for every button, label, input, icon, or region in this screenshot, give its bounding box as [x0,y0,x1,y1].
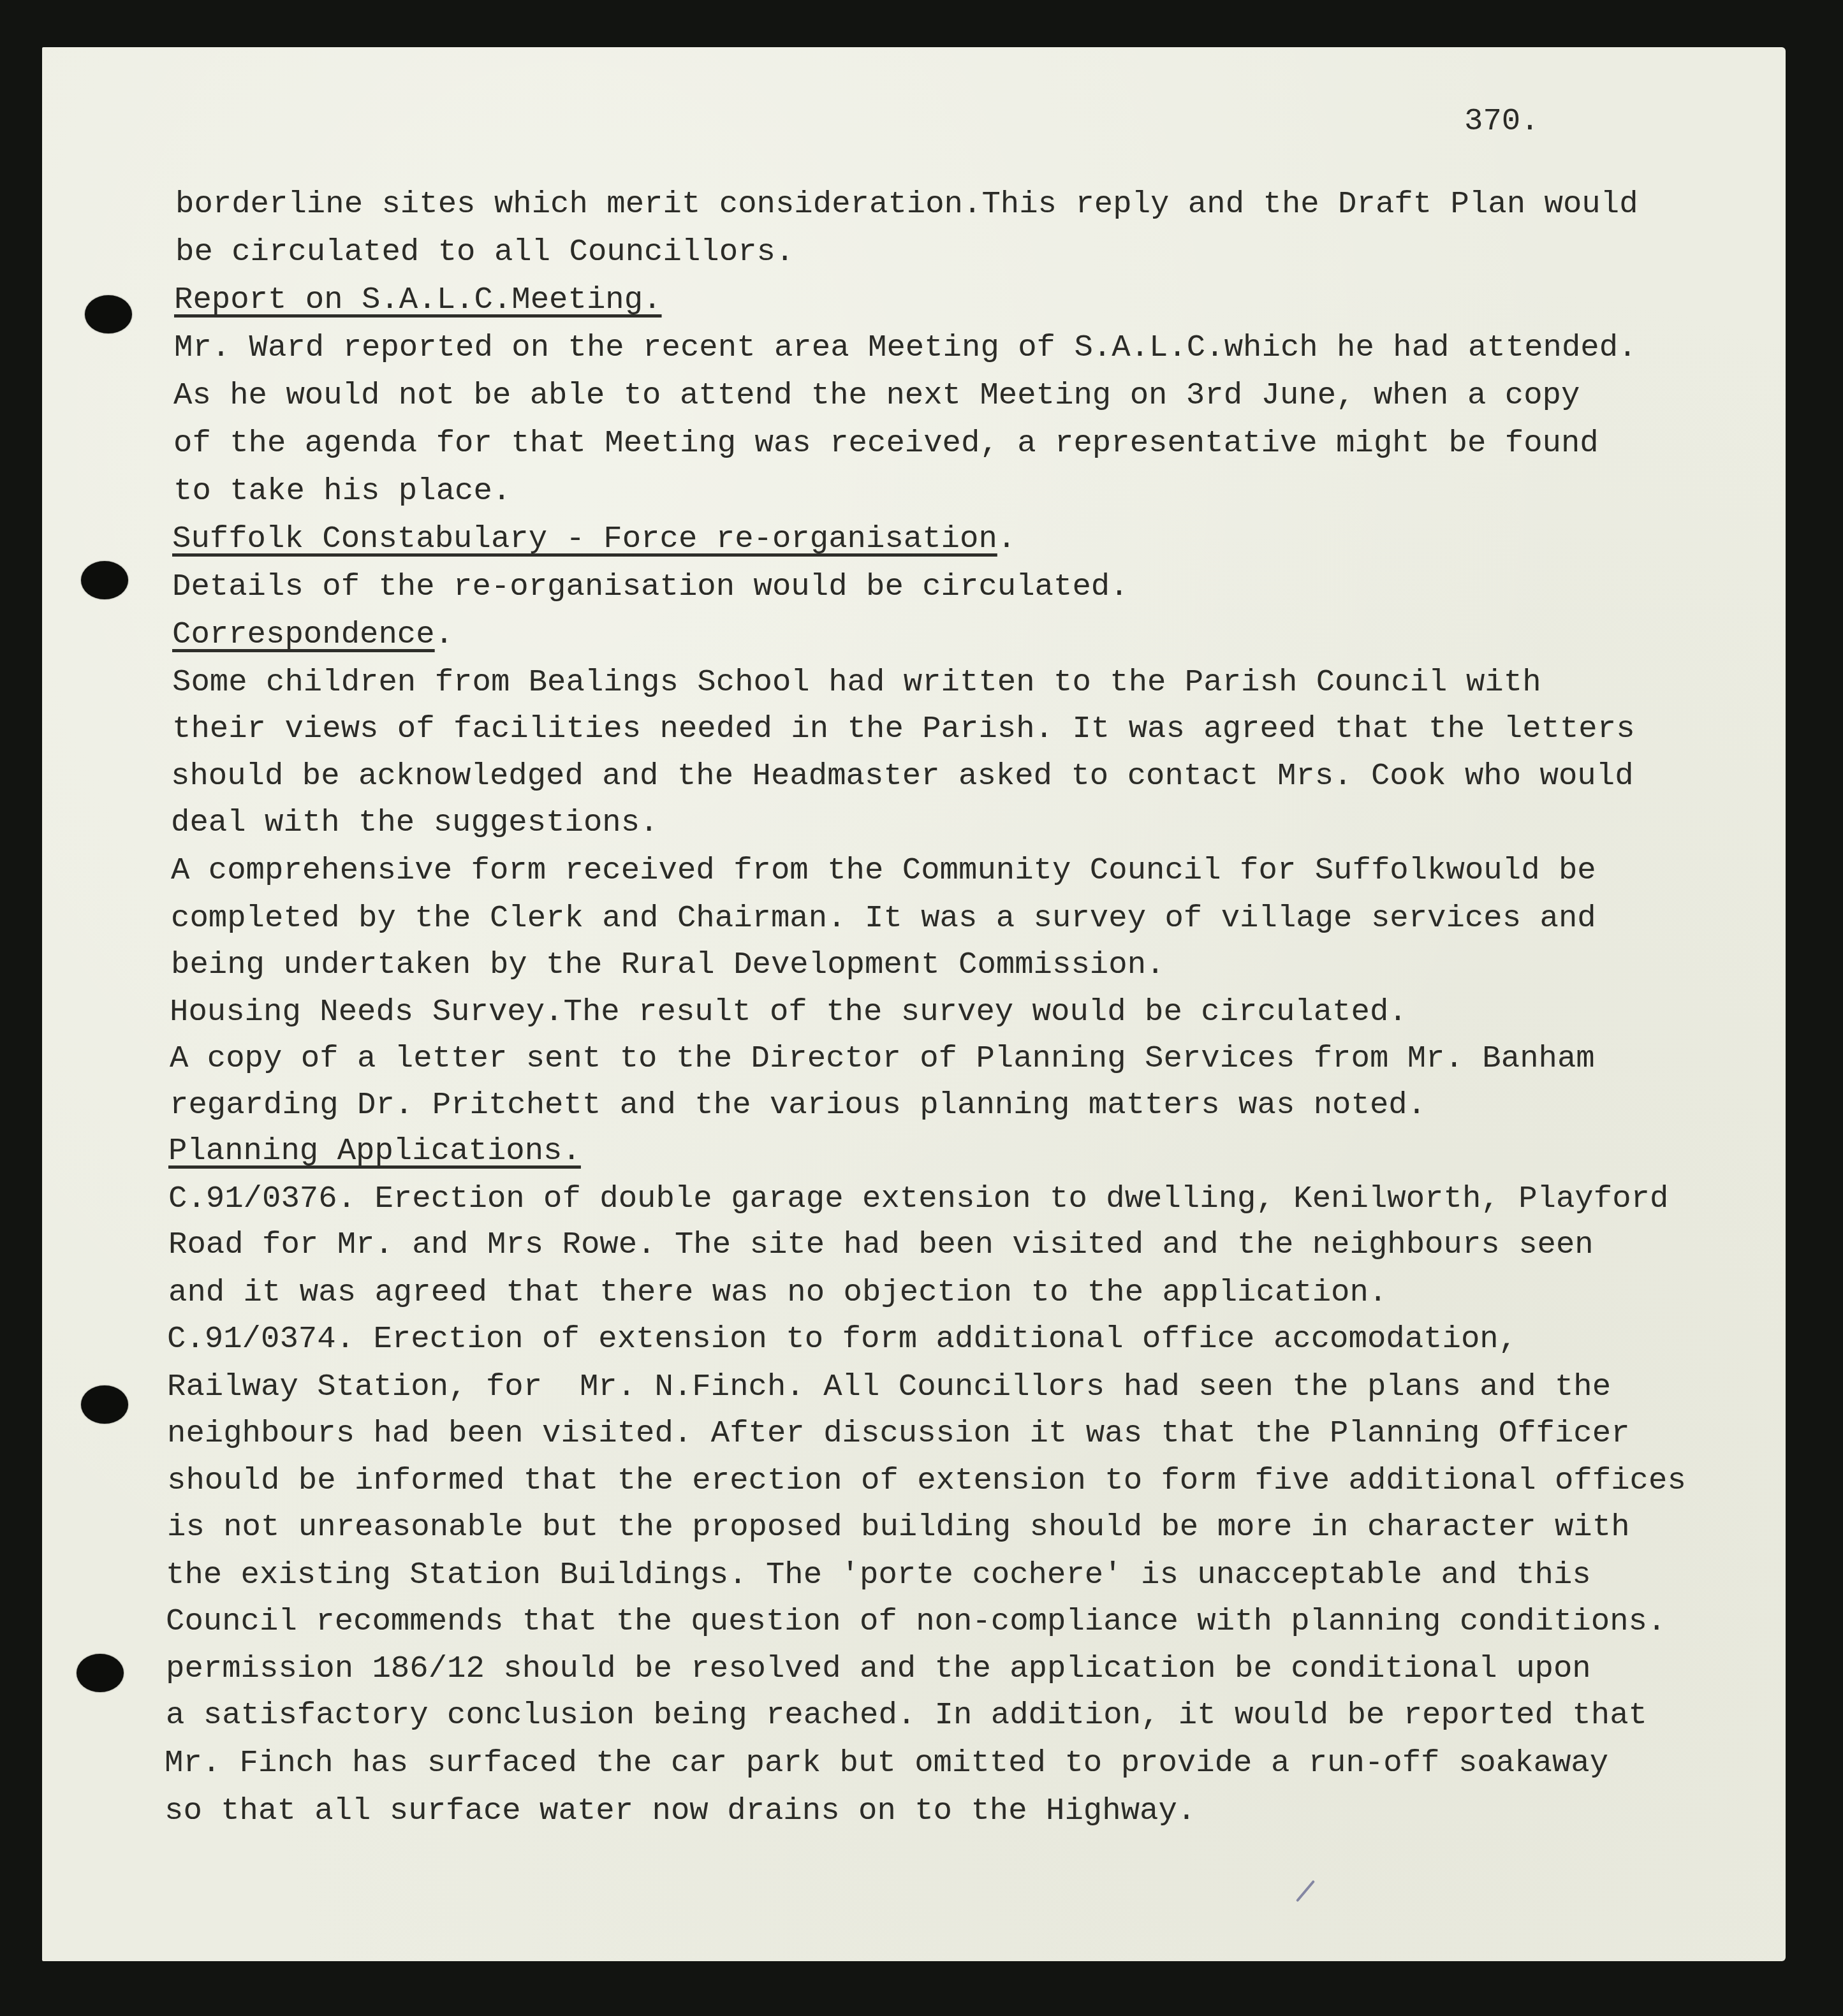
text-line: Details of the re-organisation would be … [172,567,1129,606]
text-line: A copy of a letter sent to the Director … [170,1039,1595,1077]
punch-hole [81,561,128,599]
text-line: the existing Station Buildings. The 'por… [166,1556,1591,1594]
section-heading: Report on S.A.L.C.Meeting. [174,281,662,319]
heading-text: Correspondence [172,617,435,652]
punch-hole [85,295,132,333]
text-line: of the agenda for that Meeting was recei… [173,424,1599,462]
text-line: regarding Dr. Pritchett and the various … [170,1086,1426,1124]
heading-punctuation: . [435,617,453,652]
text-line: Road for Mr. and Mrs Rowe. The site had … [168,1225,1594,1264]
text-line: be circulated to all Councillors. [175,233,794,271]
text-line: Railway Station, for Mr. N.Finch. All Co… [167,1368,1611,1406]
text-line: borderline sites which merit considerati… [175,185,1638,223]
text-line: should be acknowledged and the Headmaste… [171,757,1634,795]
punch-hole [81,1385,128,1424]
text-line: so that all surface water now drains on … [165,1792,1196,1830]
text-line: and it was agreed that there was no obje… [168,1273,1387,1311]
text-line: completed by the Clerk and Chairman. It … [171,899,1596,937]
text-line: their views of facilities needed in the … [172,710,1635,748]
text-line: As he would not be able to attend the ne… [173,376,1580,414]
page-number: 370. [1464,102,1539,140]
text-line: being undertaken by the Rural Developmen… [171,946,1164,984]
text-line: is not unreasonable but the proposed bui… [167,1508,1630,1546]
text-line: C.91/0376. Erection of double garage ext… [168,1180,1668,1218]
text-line: permission 186/12 should be resolved and… [166,1649,1591,1688]
heading-text: Suffolk Constabulary - Force re-organisa… [172,521,997,557]
text-line: Mr. Ward reported on the recent area Mee… [174,328,1637,367]
text-line: Mr. Finch has surfaced the car park but … [165,1744,1608,1782]
heading-text: Planning Applications. [168,1133,581,1169]
text-line: A comprehensive form received from the C… [171,851,1596,889]
text-line: a satisfactory conclusion being reached.… [166,1696,1647,1734]
punch-hole [77,1654,124,1692]
section-heading: Planning Applications. [168,1132,581,1170]
text-line: neighbours had been visited. After discu… [167,1414,1630,1452]
text-line: Housing Needs Survey.The result of the s… [170,993,1407,1031]
text-line: to take his place. [173,472,511,510]
text-line: Council recommends that the question of … [166,1602,1666,1640]
heading-text: Report on S.A.L.C.Meeting. [174,282,662,318]
heading-punctuation: . [997,521,1016,557]
text-line: C.91/0374. Erection of extension to form… [167,1320,1517,1358]
text-line: deal with the suggestions. [171,803,659,842]
section-heading: Correspondence. [172,615,453,654]
text-line: should be informed that the erection of … [167,1461,1686,1500]
section-heading: Suffolk Constabulary - Force re-organisa… [172,520,1016,558]
text-line: Some children from Bealings School had w… [172,663,1541,701]
